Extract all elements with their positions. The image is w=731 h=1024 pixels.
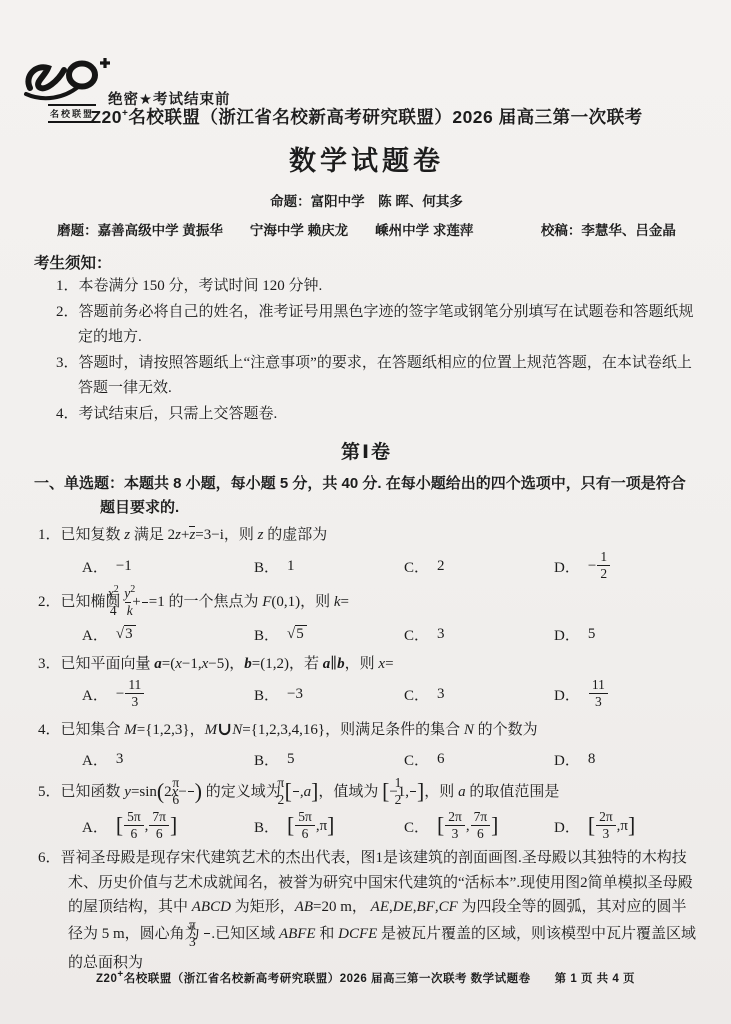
question-5-options: A．[5π6,7π6]B．[5π6,π]C．[2π3,7π6]D．[2π3,π] <box>82 811 699 842</box>
option-label: A． <box>82 624 108 645</box>
candidate-notice-3: 3．答题时，请按照答题纸上“注意事项”的要求，在答题纸相应的位置上规范答题，在本… <box>34 351 699 401</box>
option-value: [2π3,7π6] <box>437 811 498 842</box>
questions: 1．已知复数 z 满足 2z+z=3−i，则 z 的虚部为A．−1B．1C．2D… <box>34 523 699 975</box>
paper-title: 数学试题卷 <box>34 139 699 178</box>
option-value: 8 <box>588 751 596 768</box>
option-label: C． <box>404 556 429 577</box>
question-1: 1．已知复数 z 满足 2z+z=3−i，则 z 的虚部为A．−1B．1C．2D… <box>34 523 699 582</box>
option-value: 5 <box>588 626 596 643</box>
option-value: [5π6,π] <box>287 811 334 842</box>
page-content: Z20+名校联盟（浙江省名校新高考研究联盟）2026 届高三第一次联考 数学试题… <box>0 0 731 975</box>
option-value: 3 <box>437 626 445 643</box>
option-label: A． <box>82 749 108 770</box>
candidate-notice-1: 1．本卷满分 150 分，考试时间 120 分钟. <box>34 274 699 299</box>
option-label: B． <box>254 816 279 837</box>
question-1-option-C: C．2 <box>404 553 554 579</box>
candidate-notice-list: 1．本卷满分 150 分，考试时间 120 分钟.2．答题前务必将自己的姓名，准… <box>34 274 699 427</box>
league-logo-icon <box>22 56 118 108</box>
option-label: C． <box>404 749 429 770</box>
option-label: A． <box>82 684 108 705</box>
option-label: A． <box>82 556 108 577</box>
question-4: 4．已知集合 M={1,2,3}，M∪N={1,2,3,4,16}，则满足条件的… <box>34 715 699 773</box>
option-label: D． <box>554 684 580 705</box>
question-3: 3．已知平面向量 a=(x−1,x−5)，b=(1,2)，若 a∥b，则 x=A… <box>34 652 699 711</box>
question-5-option-A: A．[5π6,7π6] <box>82 811 254 842</box>
question-4-option-C: C．6 <box>404 747 554 773</box>
question-3-stem: 3．已知平面向量 a=(x−1,x−5)，b=(1,2)，若 a∥b，则 x= <box>38 652 699 676</box>
question-2-options: A．√3B．√5C．3D．5 <box>82 622 699 648</box>
question-2-option-B: B．√5 <box>254 622 404 648</box>
question-1-option-B: B．1 <box>254 553 404 579</box>
question-2-option-D: D．5 <box>554 622 699 648</box>
part-one-title: 第Ⅰ卷 <box>34 437 699 464</box>
option-value: 6 <box>437 751 445 768</box>
option-value: 3 <box>437 686 445 703</box>
question-4-options: A．3B．5C．6D．8 <box>82 747 699 773</box>
option-label: D． <box>554 624 580 645</box>
option-value: −113 <box>116 679 145 710</box>
league-logo: 名校联盟 <box>22 56 118 123</box>
option-label: C． <box>404 624 429 645</box>
option-label: B． <box>254 556 279 577</box>
option-value: 2 <box>437 558 445 575</box>
option-value: 3 <box>116 751 124 768</box>
option-label: B． <box>254 684 279 705</box>
option-label: C． <box>404 684 429 705</box>
option-label: D． <box>554 816 580 837</box>
exam-page: 名校联盟 绝密★考试结束前 Z20+名校联盟（浙江省名校新高考研究联盟）2026… <box>0 0 731 1024</box>
option-value: 5 <box>287 751 295 768</box>
option-label: B． <box>254 749 279 770</box>
single-choice-section-header: 一、单选题：本题共 8 小题，每小题 5 分，共 40 分. 在每小题给出的四个… <box>34 472 699 519</box>
question-4-stem: 4．已知集合 M={1,2,3}，M∪N={1,2,3,4,16}，则满足条件的… <box>38 715 699 744</box>
setter-line: 命题：富阳中学 陈 晖、何其多 <box>34 190 699 210</box>
question-5-option-D: D．[2π3,π] <box>554 811 699 842</box>
question-5-option-C: C．[2π3,7π6] <box>404 811 554 842</box>
option-value: 1 <box>287 558 295 575</box>
option-label: D． <box>554 749 580 770</box>
option-label: B． <box>254 624 279 645</box>
option-value: √5 <box>287 626 307 643</box>
security-classification: 绝密★考试结束前 <box>108 88 231 109</box>
question-1-options: A．−1B．1C．2D．−12 <box>82 551 699 582</box>
question-4-option-A: A．3 <box>82 747 254 773</box>
question-5-stem: 5．已知函数 y=sin(2x−π6) 的定义域为 [π2,a]，值域为 [−1… <box>38 777 699 808</box>
option-label: D． <box>554 556 580 577</box>
question-1-option-D: D．−12 <box>554 551 699 582</box>
candidate-notice-title: 考生须知： <box>34 251 699 273</box>
question-2-option-C: C．3 <box>404 622 554 648</box>
option-label: A． <box>82 816 108 837</box>
question-5-option-B: B．[5π6,π] <box>254 811 404 842</box>
option-value: −3 <box>287 686 303 703</box>
league-logo-caption: 名校联盟 <box>48 104 96 123</box>
option-value: [5π6,7π6] <box>116 811 177 842</box>
option-value: √3 <box>116 626 136 643</box>
question-4-option-B: B．5 <box>254 747 404 773</box>
question-4-option-D: D．8 <box>554 747 699 773</box>
question-3-option-C: C．3 <box>404 682 554 708</box>
question-1-option-A: A．−1 <box>82 553 254 579</box>
question-2: 2．已知椭圆 x24+y2k=1 的一个焦点为 F(0,1)，则 k=A．√3B… <box>34 586 699 648</box>
page-footer: Z20+名校联盟（浙江省名校新高考研究联盟）2026 届高三第一次联考 数学试题… <box>0 969 731 986</box>
question-2-option-A: A．√3 <box>82 622 254 648</box>
option-label: C． <box>404 816 429 837</box>
question-3-options: A．−113B．−3C．3D．113 <box>82 679 699 710</box>
polisher-proofreader-line: 磨题：嘉善高级中学 黄振华 宁海中学 赖庆龙 嵊州中学 求莲萍 校稿：李慧华、吕… <box>34 219 699 239</box>
option-value: −12 <box>588 551 611 582</box>
question-3-option-B: B．−3 <box>254 682 404 708</box>
candidate-notice-4: 4．考试结束后，只需上交答题卷. <box>34 402 699 427</box>
option-value: 113 <box>588 679 609 710</box>
question-1-stem: 1．已知复数 z 满足 2z+z=3−i，则 z 的虚部为 <box>38 523 699 547</box>
option-value: [2π3,π] <box>588 811 635 842</box>
option-value: −1 <box>116 558 132 575</box>
question-6-stem: 6．晋祠圣母殿是现存宋代建筑艺术的杰出代表，图1是该建筑的剖面画图.圣母殿以其独… <box>38 846 699 975</box>
question-2-stem: 2．已知椭圆 x24+y2k=1 的一个焦点为 F(0,1)，则 k= <box>38 586 699 619</box>
question-3-option-D: D．113 <box>554 679 699 710</box>
question-6: 6．晋祠圣母殿是现存宋代建筑艺术的杰出代表，图1是该建筑的剖面画图.圣母殿以其独… <box>34 846 699 975</box>
question-3-option-A: A．−113 <box>82 679 254 710</box>
candidate-notice-2: 2．答题前务必将自己的姓名，准考证号用黑色字迹的签字笔或钢笔分别填写在试题卷和答… <box>34 300 699 350</box>
question-5: 5．已知函数 y=sin(2x−π6) 的定义域为 [π2,a]，值域为 [−1… <box>34 777 699 843</box>
